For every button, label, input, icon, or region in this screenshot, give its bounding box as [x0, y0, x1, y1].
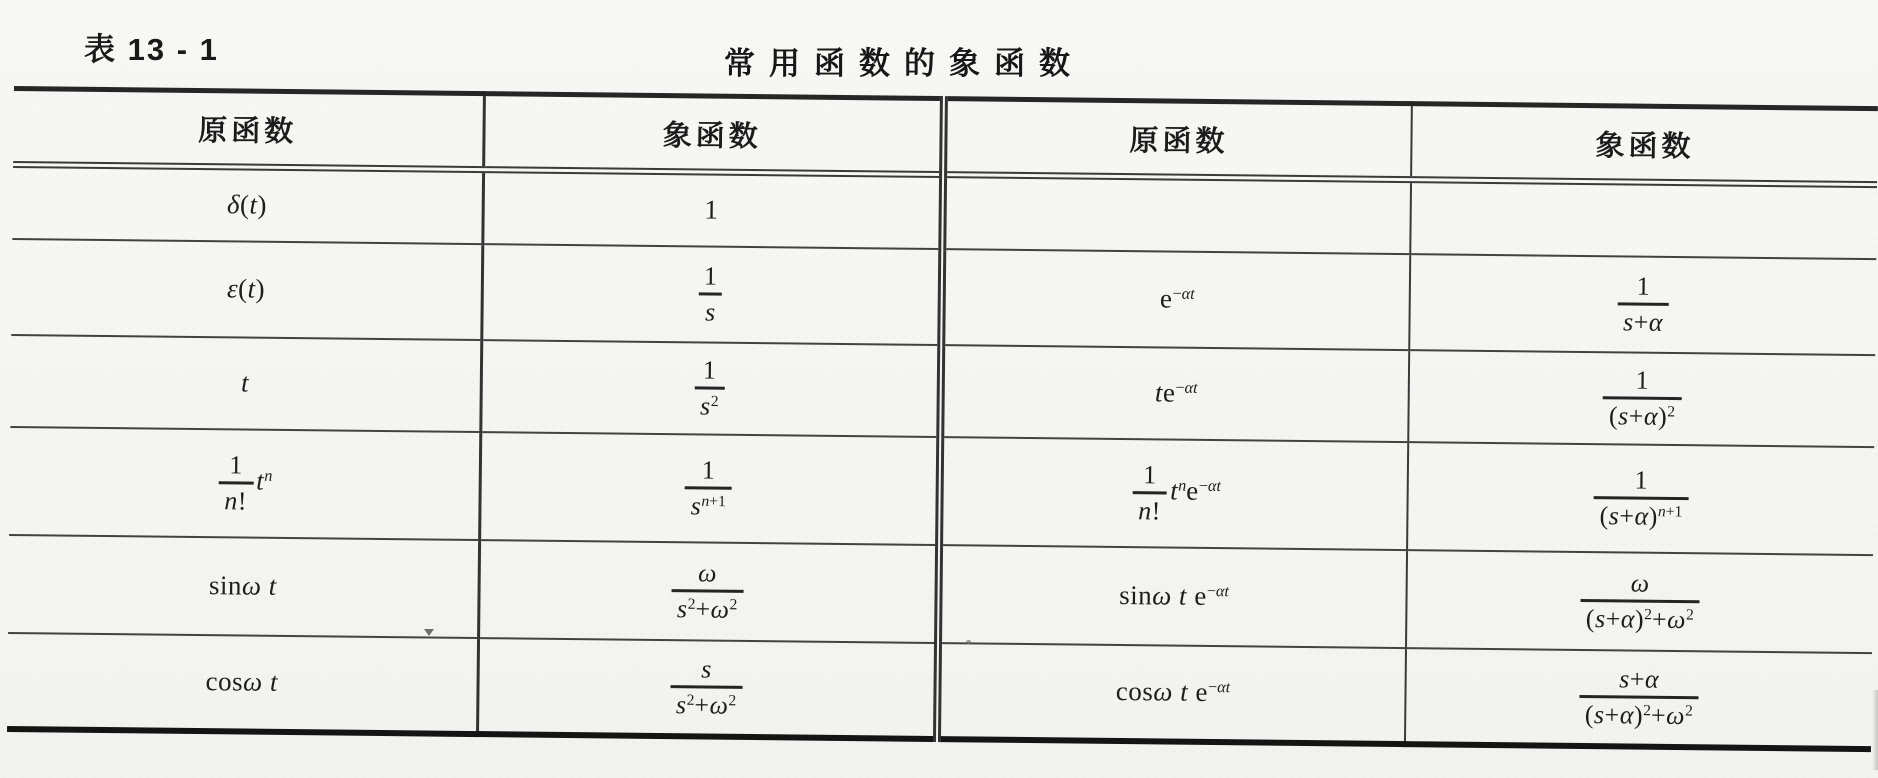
superscript: −αt	[1172, 285, 1194, 303]
table-body: δ(t)1ε(t)1se−αt1s+αt1s2te−αt1(s+α)21n!tn…	[7, 164, 1877, 748]
formula: cosω t	[205, 666, 278, 698]
image-function-cell: 1s	[481, 244, 942, 345]
original-function-cell: e−αt	[941, 249, 1410, 350]
image-function-cell: 1s2	[480, 340, 941, 437]
laplace-transform-table-wrapper: 原函数 象函数 原函数 象函数 δ(t)1ε(t)1se−αt1s+αt1s2t…	[7, 86, 1878, 752]
original-function-cell	[942, 175, 1411, 254]
fraction: 1s2	[694, 353, 725, 423]
superscript: 2	[711, 393, 719, 410]
image-function-cell: 1(s+α)2	[1408, 350, 1875, 447]
formula: s+α(s+α)2+ω2	[1576, 662, 1703, 733]
formula: cosω t e−αt	[1116, 676, 1231, 708]
superscript: 2	[729, 596, 737, 613]
original-function-cell: cosω t e−αt	[937, 643, 1406, 744]
superscript: 2	[1685, 703, 1693, 720]
fraction: 1(s+α)n+1	[1593, 463, 1688, 533]
formula: ss2+ω2	[667, 652, 746, 722]
formula: sinω t e−αt	[1119, 580, 1229, 612]
superscript: n+1	[1658, 503, 1683, 520]
image-function-cell	[1410, 180, 1877, 259]
table-row: 1n!tn1sn+11n!tne−αt1(s+α)n+1	[9, 426, 1874, 554]
superscript: −αt	[1208, 678, 1230, 696]
superscript: 2	[1686, 607, 1694, 624]
formula: 1sn+1	[682, 453, 736, 523]
formula: te−αt	[1155, 377, 1198, 408]
fraction: ωs2+ω2	[671, 556, 744, 626]
fraction: 1sn+1	[685, 453, 733, 523]
scan-edge-smudge	[1872, 690, 1878, 770]
formula: 1(s+α)2	[1600, 363, 1685, 433]
original-function-cell: δ(t)	[12, 164, 483, 243]
formula: sinω t	[209, 570, 277, 602]
formula: 1s2	[691, 353, 728, 423]
fraction: 1s+α	[1617, 269, 1670, 339]
formula: 1s	[694, 259, 726, 329]
image-function-cell: ω(s+α)2+ω2	[1406, 550, 1873, 653]
formula: 1n!tne−αt	[1129, 458, 1221, 528]
superscript: n+1	[701, 493, 726, 510]
image-function-cell: 1s+α	[1409, 254, 1876, 355]
formula: e−αt	[1160, 283, 1195, 314]
scanned-page: 表 13 - 1 常用函数的象函数 原函数 象函数 原函数 象函数 δ(t)1ε…	[0, 0, 1878, 778]
column-header-original-function-left: 原函数	[13, 88, 484, 169]
superscript: 2	[1667, 403, 1675, 420]
column-header-image-function-right: 象函数	[1411, 104, 1878, 185]
image-function-cell: ωs2+ω2	[478, 540, 939, 643]
fraction: ω(s+α)2+ω2	[1580, 566, 1701, 637]
fraction: 1n!	[218, 448, 253, 518]
fraction: s+α(s+α)2+ω2	[1579, 662, 1700, 733]
fraction: 1s	[697, 259, 723, 329]
image-function-cell: ss2+ω2	[477, 638, 938, 739]
original-function-cell: 1n!tne−αt	[939, 437, 1408, 550]
original-function-cell: te−αt	[940, 345, 1409, 442]
formula: ω(s+α)2+ω2	[1577, 566, 1704, 637]
superscript: 2	[1644, 606, 1652, 623]
superscript: n	[264, 467, 272, 485]
original-function-cell: t	[10, 334, 481, 431]
formula: 1	[704, 195, 718, 226]
original-function-cell: sinω t	[8, 534, 479, 637]
superscript: 2	[1643, 702, 1651, 719]
image-function-cell: 1	[482, 170, 943, 249]
formula: t	[241, 367, 249, 398]
original-function-cell: cosω t	[7, 632, 478, 733]
column-header-original-function-right: 原函数	[943, 99, 1412, 180]
formula: 1n!tn	[215, 448, 273, 518]
superscript: 2	[728, 692, 736, 709]
table-title: 常用函数的象函数	[0, 38, 1808, 83]
formula: ωs2+ω2	[668, 556, 747, 626]
image-function-cell: 1(s+α)n+1	[1407, 442, 1874, 555]
formula: δ(t)	[227, 190, 267, 221]
superscript: −αt	[1175, 379, 1197, 397]
original-function-cell: sinω t e−αt	[938, 545, 1407, 648]
original-function-cell: 1n!tn	[9, 426, 480, 539]
formula: ε(t)	[227, 273, 265, 304]
scan-speck-dot	[966, 640, 971, 644]
laplace-transform-table: 原函数 象函数 原函数 象函数 δ(t)1ε(t)1se−αt1s+αt1s2t…	[7, 86, 1878, 752]
superscript: −αt	[1199, 477, 1221, 495]
table-row: cosω tss2+ω2cosω t e−αts+α(s+α)2+ω2	[7, 632, 1872, 748]
fraction: 1n!	[1132, 458, 1167, 528]
image-function-cell: 1sn+1	[479, 432, 940, 545]
fraction: 1(s+α)2	[1603, 363, 1682, 433]
original-function-cell: ε(t)	[11, 238, 482, 339]
superscript: n	[1178, 476, 1186, 494]
formula: 1s+α	[1614, 269, 1673, 339]
column-header-image-function-left: 象函数	[483, 94, 944, 175]
superscript: −αt	[1207, 582, 1229, 600]
image-function-cell: s+α(s+α)2+ω2	[1405, 648, 1872, 749]
formula: 1(s+α)n+1	[1590, 463, 1691, 533]
fraction: ss2+ω2	[670, 652, 743, 722]
